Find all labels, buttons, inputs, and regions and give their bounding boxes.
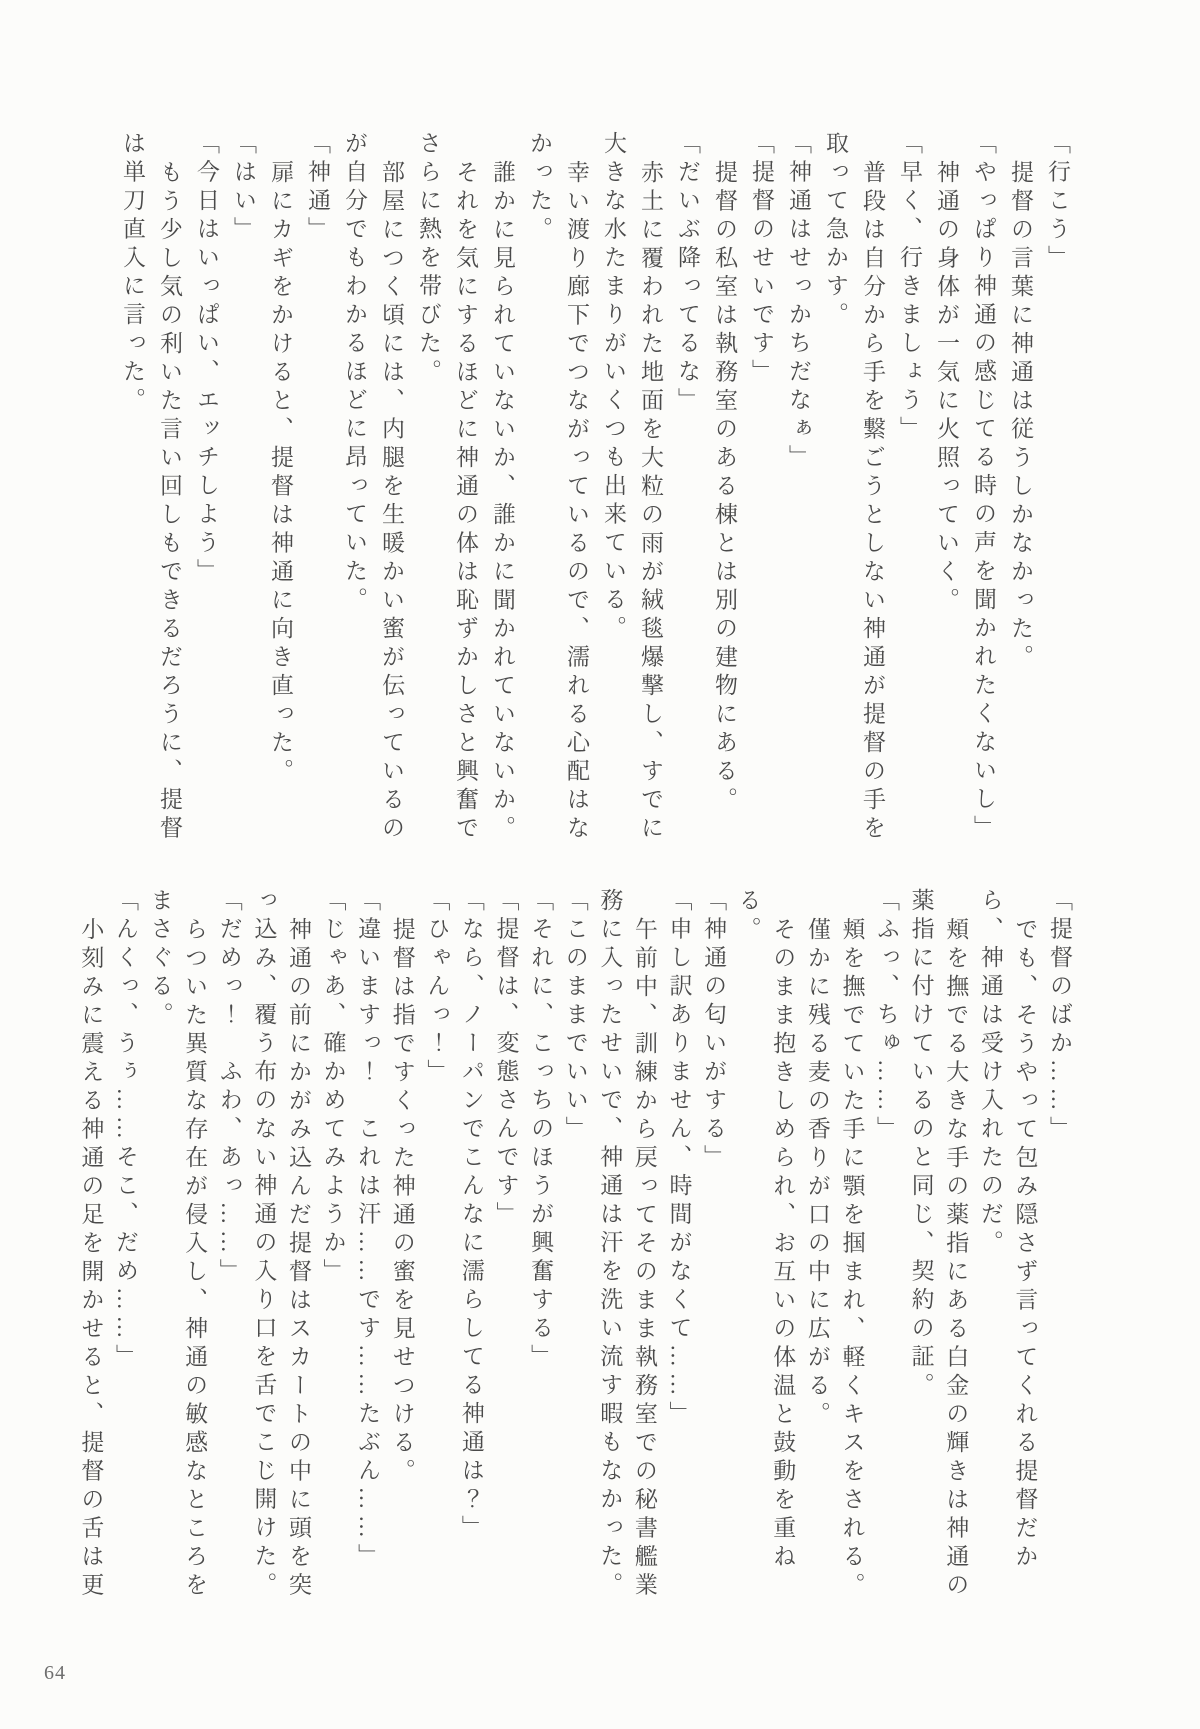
paragraph-line: 「早く、行きましょう」 [891,131,928,846]
paragraph-line: 「はい」 [225,131,262,846]
paragraph-line: 「提督のせいです」 [743,131,780,846]
paragraph-line: 「んくっ、うぅ……そこ、だめ……」 [107,888,142,1603]
paragraph-line: 「提督は、変態さんです」 [488,888,523,1603]
paragraph-line: 赤土に覆われた地面を大粒の雨が絨毯爆撃し、すでに大きな水たまりがいくつも出来てい… [595,131,669,846]
paragraph-line: 提督の私室は執務室のある棟とは別の建物にある。 [706,131,743,846]
paragraph-line: 誰かに見られていないか、誰かに聞かれていないか。 [484,131,521,846]
scanned-novel-page: 「行こう」提督の言葉に神通は従うしかなかった。「やっぱり神通の感じてる時の声を聞… [0,0,1200,1729]
paragraph-line: それを気にするほどに神通の体は恥ずかしさと興奮でさらに熱を帯びた。 [410,131,484,846]
paragraph-line: 「違いますっ！ これは汗……です……たぶん……」 [350,888,385,1603]
paragraph-line: 僅かに残る麦の香りが口の中に広がる。 [799,888,834,1603]
paragraph-line: 「申し訳ありません、時間がなくて……」 [661,888,696,1603]
paragraph-line: 神通の身体が一気に火照っていく。 [928,131,965,846]
paragraph-line: 神通の前にかがみ込んだ提督はスカートの中に頭を突っ込み、覆う布のない神通の入り口… [246,888,315,1603]
paragraph-line: 部屋につく頃には、内腿を生暖かい蜜が伝っているのが自分でもわかるほどに昂っていた… [336,131,410,846]
paragraph-line: 「それに、こっちのほうが興奮する」 [523,888,558,1603]
page-number: 64 [44,1662,66,1685]
paragraph-line: もう少し気の利いた言い回しもできるだろうに、提督は単刀直入に言った。 [114,131,188,846]
paragraph-line: 頬を撫でていた手に顎を掴まれ、軽くキスをされる。 [834,888,869,1603]
paragraph-line: 「だいぶ降ってるな」 [669,131,706,846]
paragraph-line: 「だめっ！ ふわ、あっ……」 [211,888,246,1603]
paragraph-line: でも、そうやって包み隠さず言ってくれる提督だから、神通は受け入れたのだ。 [972,888,1041,1603]
paragraph-line: 提督の言葉に神通は従うしかなかった。 [1002,131,1039,846]
paragraph-line: 頬を撫でる大きな手の薬指にある白金の輝きは神通の薬指に付けているのと同じ、契約の… [903,888,972,1603]
paragraph-line: 小刻みに震える神通の足を開かせると、提督の舌は更 [73,888,108,1603]
paragraph-line: 普段は自分から手を繋ごうとしない神通が提督の手を取って急かす。 [817,131,891,846]
paragraph-line: 「このままでいい」 [557,888,592,1603]
paragraph-line: 扉にカギをかけると、提督は神通に向き直った。 [262,131,299,846]
paragraph-line: 「神通の匂いがする」 [695,888,730,1603]
paragraph-line: 「提督のばか……」 [1041,888,1076,1603]
paragraph-line: 「神通はせっかちだなぁ」 [780,131,817,846]
paragraph-line: 「ふっ、ちゅ……」 [868,888,903,1603]
paragraph-line: 「ひゃんっ！」 [419,888,454,1603]
paragraph-line: 幸い渡り廊下でつながっているので、濡れる心配はなかった。 [521,131,595,846]
paragraph-line: 「やっぱり神通の感じてる時の声を聞かれたくないし」 [965,131,1002,846]
paragraph-line: 提督は指ですくった神通の蜜を見せつける。 [384,888,419,1603]
paragraph-line: らついた異質な存在が侵入し、神通の敏感なところをまさぐる。 [142,888,211,1603]
paragraph-line: 「神通」 [299,131,336,846]
paragraph-line: 「なら、ノーパンでこんなに濡らしてる神通は？」 [453,888,488,1603]
paragraph-line: 午前中、訓練から戻ってそのまま執務室での秘書艦業務に入ったせいで、神通は汗を洗い… [592,888,661,1603]
paragraph-line: 「行こう」 [1039,131,1076,846]
text-block-top: 「行こう」提督の言葉に神通は従うしかなかった。「やっぱり神通の感じてる時の声を聞… [114,131,1076,846]
text-block-bottom: 「提督のばか……」でも、そうやって包み隠さず言ってくれる提督だから、神通は受け入… [73,888,1076,1603]
paragraph-line: 「今日はいっぱい、エッチしよう」 [188,131,225,846]
paragraph-line: 「じゃあ、確かめてみようか」 [315,888,350,1603]
paragraph-line: そのまま抱きしめられ、お互いの体温と鼓動を重ねる。 [730,888,799,1603]
